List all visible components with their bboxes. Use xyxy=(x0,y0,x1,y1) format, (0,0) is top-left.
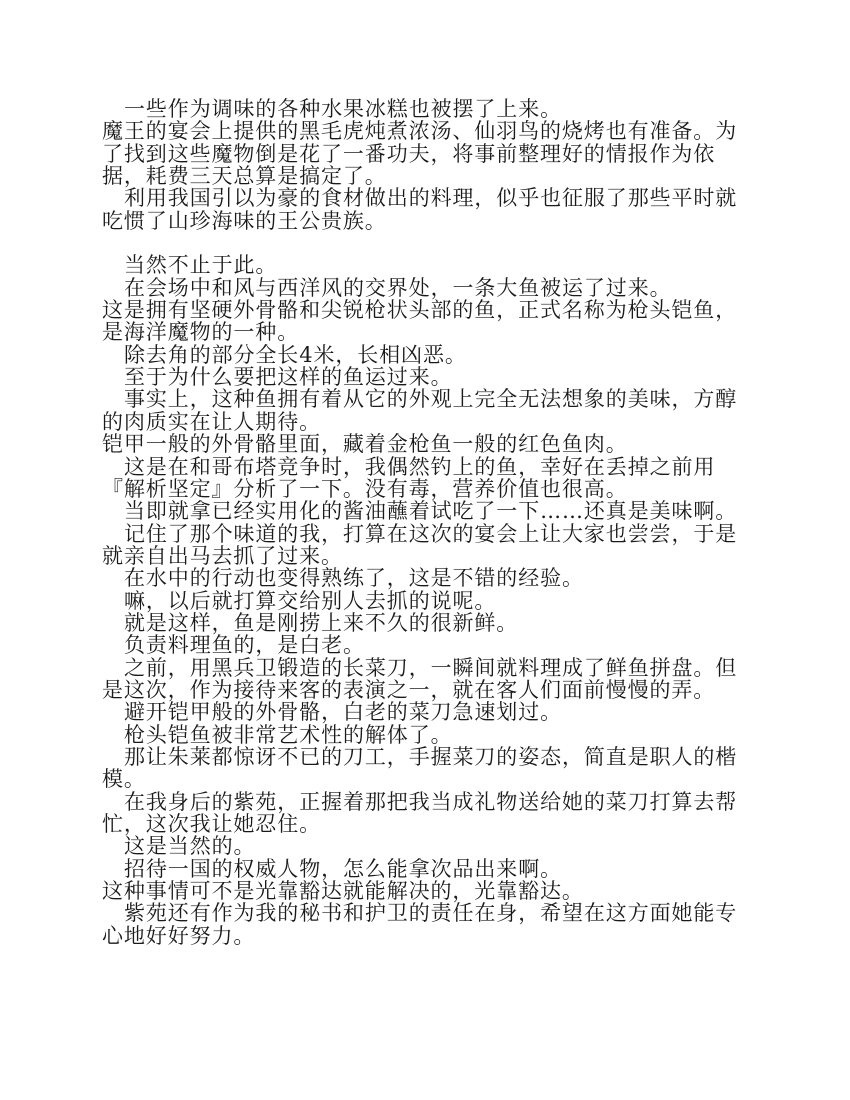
paragraph: 魔王的宴会上提供的黑毛虎炖煮浓汤、仙羽鸟的烧烤也有准备。为了找到这些魔物倒是花了… xyxy=(102,120,750,187)
paragraph: 当然不止于此。 xyxy=(102,254,750,276)
blank-line xyxy=(102,232,750,254)
paragraph: 在水中的行动也变得熟练了，这是不错的经验。 xyxy=(102,567,750,589)
paragraph: 那让朱莱都惊讶不已的刀工，手握菜刀的姿态，简直是职人的楷模。 xyxy=(102,746,750,791)
paragraph: 之前，用黑兵卫锻造的长菜刀，一瞬间就料理成了鲜鱼拼盘。但是这次，作为接待来客的表… xyxy=(102,657,750,702)
paragraph: 负责料理鱼的，是白老。 xyxy=(102,634,750,656)
paragraph: 这是在和哥布塔竞争时，我偶然钓上的鱼，幸好在丢掉之前用『解析坚定』分析了一下。没… xyxy=(102,456,750,501)
paragraph: 当即就拿已经实用化的酱油蘸着试吃了一下……还真是美味啊。 xyxy=(102,500,750,522)
paragraph: 招待一国的权威人物，怎么能拿次品出来啊。 xyxy=(102,858,750,880)
paragraph: 枪头铠鱼被非常艺术性的解体了。 xyxy=(102,724,750,746)
paragraph: 一些作为调味的各种水果冰糕也被摆了上来。 xyxy=(102,98,750,120)
document-page: 一些作为调味的各种水果冰糕也被摆了上来。 魔王的宴会上提供的黑毛虎炖煮浓汤、仙羽… xyxy=(102,98,750,947)
paragraph: 至于为什么要把这样的鱼运过来。 xyxy=(102,366,750,388)
paragraph: 这是拥有坚硬外骨骼和尖锐枪状头部的鱼，正式名称为枪头铠鱼，是海洋魔物的一种。 xyxy=(102,299,750,344)
paragraph: 事实上，这种鱼拥有着从它的外观上完全无法想象的美味，方醇的肉质实在让人期待。 xyxy=(102,388,750,433)
paragraph: 就是这样，鱼是刚捞上来不久的很新鲜。 xyxy=(102,612,750,634)
paragraph: 在会场中和风与西洋风的交界处，一条大鱼被运了过来。 xyxy=(102,277,750,299)
paragraph: 铠甲一般的外骨骼里面，藏着金枪鱼一般的红色鱼肉。 xyxy=(102,433,750,455)
paragraph: 避开铠甲般的外骨骼，白老的菜刀急速划过。 xyxy=(102,701,750,723)
paragraph: 这种事情可不是光靠豁达就能解决的，光靠豁达。 xyxy=(102,880,750,902)
paragraph: 嘛，以后就打算交给别人去抓的说呢。 xyxy=(102,590,750,612)
paragraph: 记住了那个味道的我，打算在这次的宴会上让大家也尝尝，于是就亲自出马去抓了过来。 xyxy=(102,523,750,568)
paragraph: 利用我国引以为豪的食材做出的料理，似乎也征服了那些平时就吃惯了山珍海味的王公贵族… xyxy=(102,187,750,232)
paragraph: 在我身后的紫苑，正握着那把我当成礼物送给她的菜刀打算去帮忙，这次我让她忍住。 xyxy=(102,791,750,836)
paragraph: 紫苑还有作为我的秘书和护卫的责任在身，希望在这方面她能专心地好好努力。 xyxy=(102,902,750,947)
paragraph: 除去角的部分全长4米，长相凶恶。 xyxy=(102,344,750,366)
paragraph: 这是当然的。 xyxy=(102,835,750,857)
